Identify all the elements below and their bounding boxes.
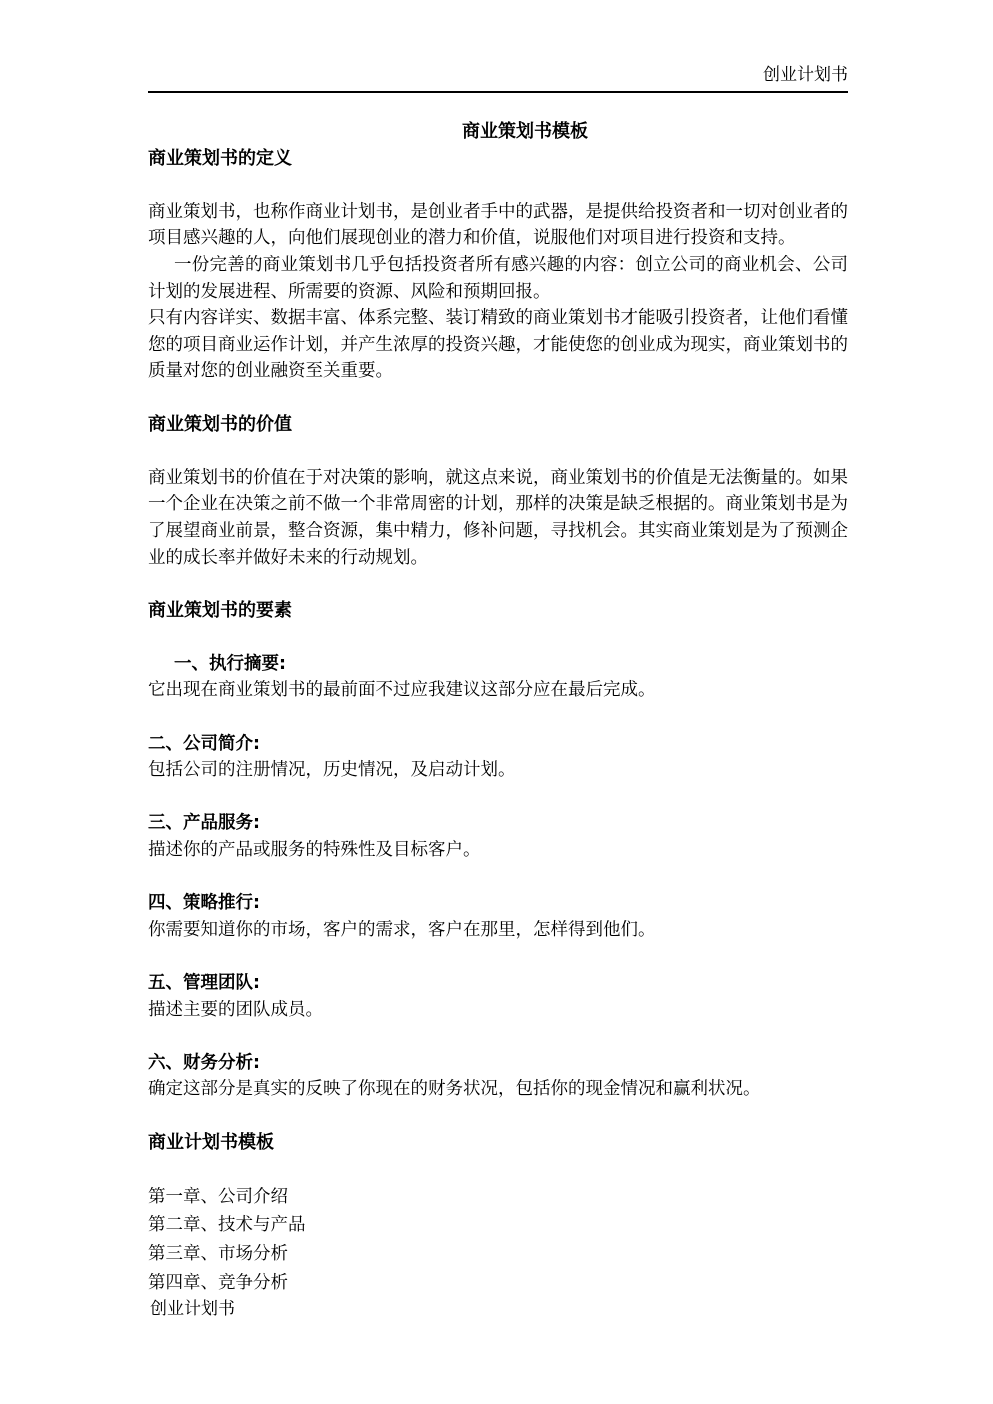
element-item-text: 包括公司的注册情况，历史情况，及启动计划。: [148, 757, 848, 784]
element-item-4: 四、策略推行: 你需要知道你的市场，客户的需求，客户在那里，怎样得到他们。: [148, 890, 848, 943]
element-item-label: 三、产品服务:: [148, 810, 848, 837]
element-item-1: 一、执行摘要: 它出现在商业策划书的最前面不过应我建议这部分应在最后完成。: [148, 651, 848, 704]
element-item-label: 五、管理团队:: [148, 970, 848, 997]
footer-text: 创业计划书: [150, 1299, 235, 1319]
chapter-item-1: 第一章、公司介绍: [148, 1183, 848, 1212]
paragraph-definition-2: 一份完善的商业策划书几乎包括投资者所有感兴趣的内容：创立公司的商业机会、公司计划…: [148, 252, 848, 305]
element-item-3: 三、产品服务: 描述你的产品或服务的特殊性及目标客户。: [148, 810, 848, 863]
element-item-label: 一、执行摘要:: [148, 651, 848, 678]
header-text: 创业计划书: [763, 65, 848, 85]
element-item-6: 六、财务分析: 确定这部分是真实的反映了你现在的财务状况，包括你的现金情况和赢利…: [148, 1050, 848, 1103]
document-body: 商业策划书模板 商业策划书的定义 商业策划书，也称作商业计划书，是创业者手中的武…: [148, 119, 848, 1297]
paragraph-value: 商业策划书的价值在于对决策的影响，就这点来说，商业策划书的价值是无法衡量的。如果…: [148, 465, 848, 571]
document-page: 创业计划书 商业策划书模板 商业策划书的定义 商业策划书，也称作商业计划书，是创…: [0, 0, 993, 1404]
page-footer: 创业计划书: [150, 1298, 235, 1320]
element-item-text: 描述你的产品或服务的特殊性及目标客户。: [148, 837, 848, 864]
element-item-text: 你需要知道你的市场，客户的需求，客户在那里，怎样得到他们。: [148, 917, 848, 944]
section-heading-definition: 商业策划书的定义: [148, 146, 848, 173]
element-item-text: 描述主要的团队成员。: [148, 997, 848, 1024]
element-item-2: 二、公司简介: 包括公司的注册情况，历史情况，及启动计划。: [148, 731, 848, 784]
section-heading-value: 商业策划书的价值: [148, 412, 848, 439]
element-item-label: 四、策略推行:: [148, 890, 848, 917]
element-item-label: 六、财务分析:: [148, 1050, 848, 1077]
element-item-text: 它出现在商业策划书的最前面不过应我建议这部分应在最后完成。: [148, 677, 848, 704]
chapter-item-2: 第二章、技术与产品: [148, 1211, 848, 1240]
element-item-5: 五、管理团队: 描述主要的团队成员。: [148, 970, 848, 1023]
page-header: 创业计划书: [148, 64, 848, 93]
chapter-item-4: 第四章、竞争分析: [148, 1269, 848, 1298]
paragraph-definition-1: 商业策划书，也称作商业计划书，是创业者手中的武器，是提供给投资者和一切对创业者的…: [148, 199, 848, 252]
section-heading-elements: 商业策划书的要素: [148, 598, 848, 625]
chapter-item-3: 第三章、市场分析: [148, 1240, 848, 1269]
document-title: 商业策划书模板: [148, 119, 848, 146]
element-item-text: 确定这部分是真实的反映了你现在的财务状况，包括你的现金情况和赢利状况。: [148, 1076, 848, 1103]
section-heading-template: 商业计划书模板: [148, 1130, 848, 1157]
paragraph-definition-3: 只有内容详实、数据丰富、体系完整、装订精致的商业策划书才能吸引投资者，让他们看懂…: [148, 305, 848, 385]
element-item-label: 二、公司简介:: [148, 731, 848, 758]
